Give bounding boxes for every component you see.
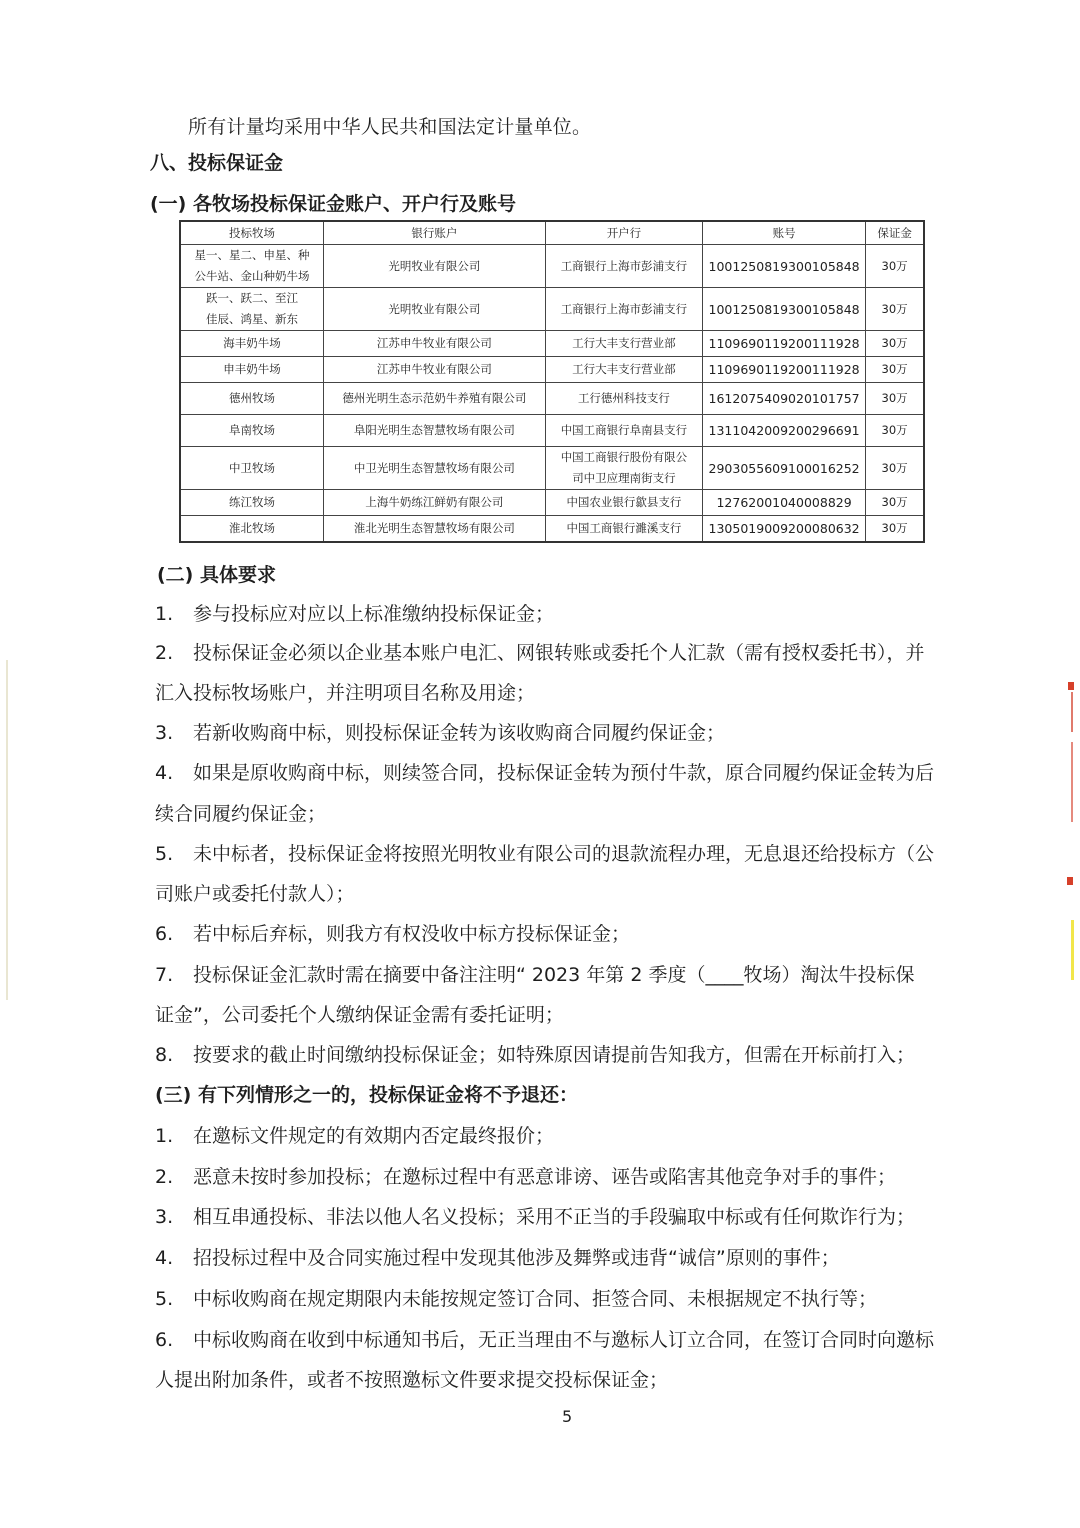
requirement-item-7-cont: 证金”，公司委托个人缴纳保证金需有委托证明；	[155, 1000, 564, 1027]
cell-number: 1001250819300105848	[703, 288, 866, 331]
cell-farm: 跃一、跃二、至江佳辰、鸿星、新东	[180, 288, 323, 331]
table-row: 跃一、跃二、至江佳辰、鸿星、新东 光明牧业有限公司 工商银行上海市彭浦支行 10…	[180, 288, 924, 331]
forfeit-item-1: 1.在邀标文件规定的有效期内否定最终报价；	[155, 1121, 554, 1148]
cell-account: 江苏申牛牧业有限公司	[323, 331, 545, 357]
cell-account: 光明牧业有限公司	[323, 245, 545, 288]
cell-bank: 工商银行上海市彭浦支行	[545, 245, 702, 288]
requirement-item-4-cont: 续合同履约保证金；	[155, 799, 326, 826]
cell-account: 阜阳光明生态智慧牧场有限公司	[323, 415, 545, 447]
deposit-account-table: 投标牧场 银行账户 开户行 账号 保证金 星一、星二、申星、种公牛站、金山种奶牛…	[179, 220, 925, 543]
requirement-item-2: 2.投标保证金必须以企业基本账户电汇、网银转账或委托个人汇款（需有授权委托书），…	[155, 638, 925, 665]
cell-farm: 淮北牧场	[180, 516, 323, 542]
cell-bank: 工商银行上海市彭浦支行	[545, 288, 702, 331]
scan-edge-mark	[1067, 877, 1073, 885]
cell-farm: 海丰奶牛场	[180, 331, 323, 357]
forfeit-item-6: 6.中标收购商在收到中标通知书后，无正当理由不与邀标人订立合同，在签订合同时向邀…	[155, 1325, 934, 1352]
header-bank: 开户行	[545, 221, 702, 245]
header-farm: 投标牧场	[180, 221, 323, 245]
cell-farm: 练江牧场	[180, 490, 323, 516]
scan-edge-mark	[1071, 742, 1073, 822]
cell-farm: 中卫牧场	[180, 447, 323, 490]
cell-deposit: 30万	[866, 415, 924, 447]
forfeit-item-3: 3.相互串通投标、非法以他人名义投标；采用不正当的手段骗取中标或有任何欺诈行为；	[155, 1202, 915, 1229]
cell-number: 2903055609100016252	[703, 447, 866, 490]
table-row: 申丰奶牛场 江苏申牛牧业有限公司 工行大丰支行营业部 1109690119200…	[180, 357, 924, 383]
table-row: 海丰奶牛场 江苏申牛牧业有限公司 工行大丰支行营业部 1109690119200…	[180, 331, 924, 357]
cell-deposit: 30万	[866, 383, 924, 415]
cell-bank: 工行德州科技支行	[545, 383, 702, 415]
document-page: 所有计量均采用中华人民共和国法定计量单位。 八、投标保证金 (一) 各牧场投标保…	[0, 0, 1080, 1528]
scan-edge-mark	[1071, 920, 1074, 980]
scan-edge-mark	[6, 660, 8, 1000]
cell-farm: 申丰奶牛场	[180, 357, 323, 383]
requirement-item-1: 1.参与投标应对应以上标准缴纳投标保证金；	[155, 599, 554, 626]
forfeit-item-5: 5.中标收购商在规定期限内未能按规定签订合同、拒签合同、未根据规定不执行等；	[155, 1284, 877, 1311]
header-deposit: 保证金	[866, 221, 924, 245]
cell-number: 1109690119200111928	[703, 331, 866, 357]
requirement-item-6: 6.若中标后弃标，则我方有权没收中标方投标保证金；	[155, 919, 630, 946]
cell-number: 1001250819300105848	[703, 245, 866, 288]
cell-number: 1305019009200080632	[703, 516, 866, 542]
scan-edge-mark	[1068, 682, 1074, 690]
cell-number: 1311042009200296691	[703, 415, 866, 447]
table-row: 淮北牧场 淮北光明生态智慧牧场有限公司 中国工商银行濉溪支行 130501900…	[180, 516, 924, 542]
cell-number: 1109690119200111928	[703, 357, 866, 383]
requirement-item-3: 3.若新收购商中标，则投标保证金转为该收购商合同履约保证金；	[155, 718, 725, 745]
table-row: 中卫牧场 中卫光明生态智慧牧场有限公司 中国工商银行股份有限公司中卫应理南街支行…	[180, 447, 924, 490]
table-row: 德州牧场 德州光明生态示范奶牛养殖有限公司 工行德州科技支行 161207540…	[180, 383, 924, 415]
cell-account: 德州光明生态示范奶牛养殖有限公司	[323, 383, 545, 415]
table-row: 星一、星二、申星、种公牛站、金山种奶牛场 光明牧业有限公司 工商银行上海市彭浦支…	[180, 245, 924, 288]
subsection-2-title: (二) 具体要求	[157, 560, 276, 587]
header-account: 银行账户	[323, 221, 545, 245]
cell-number: 12762001040008829	[703, 490, 866, 516]
forfeit-item-4: 4.招投标过程中及合同实施过程中发现其他涉及舞弊或违背“诚信”原则的事件；	[155, 1243, 840, 1270]
cell-deposit: 30万	[866, 447, 924, 490]
forfeit-item-6-cont: 人提出附加条件，或者不按照邀标文件要求提交投标保证金；	[155, 1365, 668, 1392]
scan-edge-mark	[1071, 692, 1073, 732]
table-header-row: 投标牧场 银行账户 开户行 账号 保证金	[180, 221, 924, 245]
requirement-item-4: 4.如果是原收购商中标，则续签合同，投标保证金转为预付牛款，原合同履约保证金转为…	[155, 758, 934, 785]
cell-deposit: 30万	[866, 357, 924, 383]
cell-account: 江苏申牛牧业有限公司	[323, 357, 545, 383]
cell-bank: 工行大丰支行营业部	[545, 357, 702, 383]
cell-bank: 中国农业银行歙县支行	[545, 490, 702, 516]
cell-bank: 中国工商银行濉溪支行	[545, 516, 702, 542]
cell-farm: 星一、星二、申星、种公牛站、金山种奶牛场	[180, 245, 323, 288]
cell-deposit: 30万	[866, 516, 924, 542]
table-row: 练江牧场 上海牛奶练江鲜奶有限公司 中国农业银行歙县支行 12762001040…	[180, 490, 924, 516]
subsection-1-title: (一) 各牧场投标保证金账户、开户行及账号	[150, 189, 516, 216]
cell-farm: 德州牧场	[180, 383, 323, 415]
cell-bank: 中国工商银行阜南县支行	[545, 415, 702, 447]
cell-deposit: 30万	[866, 490, 924, 516]
cell-farm: 阜南牧场	[180, 415, 323, 447]
intro-line: 所有计量均采用中华人民共和国法定计量单位。	[188, 112, 591, 139]
cell-account: 上海牛奶练江鲜奶有限公司	[323, 490, 545, 516]
section-title: 八、投标保证金	[150, 148, 283, 175]
cell-bank: 工行大丰支行营业部	[545, 331, 702, 357]
header-number: 账号	[703, 221, 866, 245]
cell-number: 1612075409020101757	[703, 383, 866, 415]
cell-account: 淮北光明生态智慧牧场有限公司	[323, 516, 545, 542]
cell-deposit: 30万	[866, 288, 924, 331]
requirement-item-5-cont: 司账户或委托付款人）；	[155, 879, 355, 906]
requirement-item-7: 7.投标保证金汇款时需在摘要中备注注明“ 2023 年第 2 季度（____牧场…	[155, 960, 914, 987]
cell-bank: 中国工商银行股份有限公司中卫应理南街支行	[545, 447, 702, 490]
table-row: 阜南牧场 阜阳光明生态智慧牧场有限公司 中国工商银行阜南县支行 13110420…	[180, 415, 924, 447]
forfeit-item-2: 2.恶意未按时参加投标；在邀标过程中有恶意诽谤、诬告或陷害其他竞争对手的事件；	[155, 1162, 896, 1189]
cell-deposit: 30万	[866, 331, 924, 357]
cell-deposit: 30万	[866, 245, 924, 288]
subsection-3-title: (三) 有下列情形之一的，投标保证金将不予退还：	[155, 1080, 578, 1107]
requirement-item-5: 5.未中标者，投标保证金将按照光明牧业有限公司的退款流程办理，无息退还给投标方（…	[155, 839, 934, 866]
requirement-item-8: 8.按要求的截止时间缴纳投标保证金；如特殊原因请提前告知我方，但需在开标前打入；	[155, 1040, 915, 1067]
cell-account: 光明牧业有限公司	[323, 288, 545, 331]
cell-account: 中卫光明生态智慧牧场有限公司	[323, 447, 545, 490]
requirement-item-2-cont: 汇入投标牧场账户，并注明项目名称及用途；	[155, 678, 535, 705]
page-number: 5	[562, 1407, 572, 1426]
